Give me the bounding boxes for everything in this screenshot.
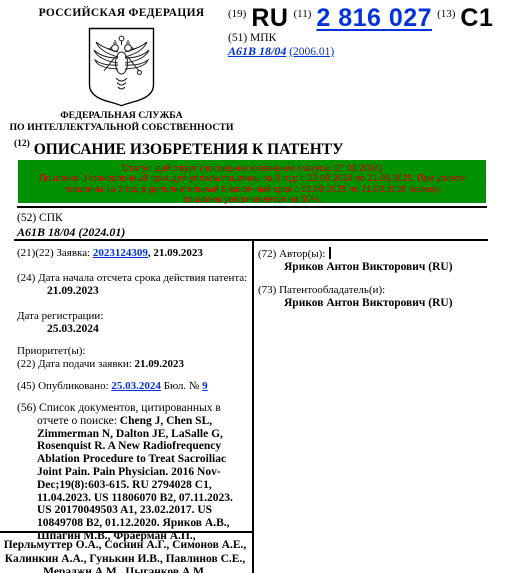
application-row: (21)(22) Заявка: 2023124309, 21.09.2023 xyxy=(17,247,249,260)
published-row: (45) Опубликовано: 25.03.2024 Бюл. № 9 xyxy=(17,380,249,393)
application-label: (21)(22) Заявка: xyxy=(17,247,90,259)
biblio-right-column: (72) Автор(ы): Яриков Антон Викторович (… xyxy=(258,247,498,310)
holders-row: (73) Патентообладатель(и): Яриков Антон … xyxy=(258,284,498,310)
cpc-section: (52) СПК A61B 18/04 (2024.01) xyxy=(17,212,125,239)
text-cursor xyxy=(329,247,331,259)
inid-code-11: (11) xyxy=(293,5,311,20)
inid-code-19: (19) xyxy=(228,5,246,20)
filing-date-row: (22) Дата подачи заявки: 21.09.2023 xyxy=(17,358,249,371)
fee-line-1: Пошлина: Установленный срок для уплаты п… xyxy=(18,173,486,183)
term-start-label: (24) Дата начала отсчета срока действия … xyxy=(17,272,247,284)
bulletin-label: Бюл. № xyxy=(164,380,200,392)
divider-above-continuation xyxy=(0,531,252,533)
bulletin-number-link[interactable]: 9 xyxy=(202,380,208,392)
priority-label: Приоритет(ы): xyxy=(17,345,249,358)
term-start-date: 21.09.2023 xyxy=(17,285,249,298)
publication-number-link[interactable]: 2 816 027 xyxy=(316,5,432,31)
document-title: (12) ОПИСАНИЕ ИЗОБРЕТЕНИЯ К ПАТЕНТУ xyxy=(14,139,343,159)
published-label: (45) Опубликовано: xyxy=(17,380,109,392)
citations-text: Cheng J, Chen SL, Zimmerman N, Dalton JE… xyxy=(37,415,233,542)
inid-code-13: (13) xyxy=(437,5,455,20)
biblio-left-column: (21)(22) Заявка: 2023124309, 21.09.2023 … xyxy=(17,247,249,543)
holder-name: Яриков Антон Викторович (RU) xyxy=(258,297,498,310)
kind-code: C1 xyxy=(460,5,493,31)
ipc-version-link[interactable]: (2006.01) xyxy=(289,46,334,58)
state-emblem-icon xyxy=(88,27,155,107)
filing-date-label: (22) Дата подачи заявки: xyxy=(17,358,132,370)
registration-date: 25.03.2024 xyxy=(17,323,249,336)
patent-page: РОССИЙСКАЯ ФЕДЕРАЦИЯ xyxy=(0,0,511,573)
document-title-text: ОПИСАНИЕ ИЗОБРЕТЕНИЯ К ПАТЕНТУ xyxy=(34,141,344,158)
ipc-section-label: (51) МПК xyxy=(228,32,276,44)
agency-line-2: ПО ИНТЕЛЛЕКТУАЛЬНОЙ СОБСТВЕННОСТИ xyxy=(0,122,243,134)
ipc-classification: A61B 18/04 (2006.01) xyxy=(228,44,334,59)
holders-label: (73) Патентообладатель(и): xyxy=(258,284,385,296)
ipc-code-link[interactable]: A61B 18/04 xyxy=(228,44,286,58)
citations-block: (56) Список документов, цитированных в о… xyxy=(17,402,249,543)
country-code: RU xyxy=(251,5,288,31)
publication-line: (19) RU (11) 2 816 027 (13) C1 xyxy=(228,5,493,31)
divider-under-status xyxy=(17,206,487,208)
country-title: РОССИЙСКАЯ ФЕДЕРАЦИЯ xyxy=(0,7,243,19)
agency-line-1: ФЕДЕРАЛЬНАЯ СЛУЖБА xyxy=(0,110,243,122)
fee-line-3: пошлины увеличивается на 50%. xyxy=(18,194,486,204)
term-start-row: (24) Дата начала отсчета срока действия … xyxy=(17,272,249,298)
inid-code-12: (12) xyxy=(14,139,30,149)
filing-date-value: 21.09.2023 xyxy=(135,358,185,370)
application-number-link[interactable]: 2023124309 xyxy=(93,247,148,259)
author-name: Яриков Антон Викторович (RU) xyxy=(258,261,498,274)
published-date-link[interactable]: 25.03.2024 xyxy=(111,380,161,392)
column-divider xyxy=(252,240,254,573)
registration-label: Дата регистрации: xyxy=(17,310,103,322)
authors-row: (72) Автор(ы): Яриков Антон Викторович (… xyxy=(258,247,498,274)
cpc-label: (52) СПК xyxy=(17,212,125,225)
divider-above-biblio xyxy=(14,239,488,241)
citations-continuation: Перльмуттер О.А., Соснин А.Г., Симонов А… xyxy=(0,539,250,573)
authors-label: (72) Автор(ы): xyxy=(258,248,325,260)
agency-name: ФЕДЕРАЛЬНАЯ СЛУЖБА ПО ИНТЕЛЛЕКТУАЛЬНОЙ С… xyxy=(0,110,243,134)
registration-row: Дата регистрации: 25.03.2024 xyxy=(17,310,249,336)
application-date: , 21.09.2023 xyxy=(148,247,203,259)
status-line: Статус: действует (последнее изменение с… xyxy=(18,163,486,173)
fee-line-2: пошлины за 3 год в дополнительный 6-меся… xyxy=(18,184,486,194)
cpc-code: A61B 18/04 (2024.01) xyxy=(17,226,125,239)
status-box: Статус: действует (последнее изменение с… xyxy=(18,160,486,203)
